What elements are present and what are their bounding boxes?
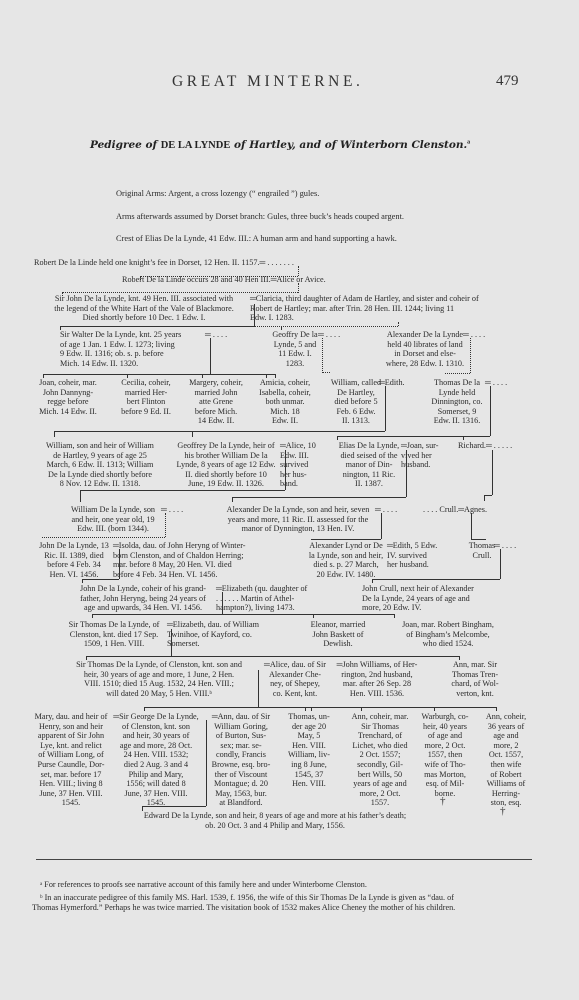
person-margery-coheir: Margery, coheir, married John atte Grene… (182, 378, 250, 426)
descent-line (322, 338, 323, 371)
descent-line (206, 720, 207, 806)
descent-line (484, 495, 485, 501)
footnote-divider (36, 859, 532, 860)
title-place2: Winterborn Clenston. (340, 139, 467, 151)
person-john-crull: John Crull, next heir of Alexander De la… (362, 584, 512, 613)
person-ann-goring: ═Ann, dau. of Sir William Goring, of Bur… (200, 712, 282, 808)
person-elizabeth-twinihoe: ═Elizabeth, dau. of William Twinihoe, of… (167, 620, 285, 649)
person-sir-john-de-la-lynde: Sir John De la Lynde, knt. 49 Hen. III. … (30, 294, 258, 323)
person-elizabeth-martin: ═Elizabeth (qu. daughter of . . . . . . … (216, 584, 336, 613)
descent-line (398, 322, 399, 326)
cross-symbol-icon: † (500, 805, 506, 817)
descent-line (54, 431, 55, 437)
person-isolda: ═Isolda, dau. of John Heryng of Winter- … (113, 541, 283, 579)
person-william-de-la-lynde-1344: William De la Lynde, son and heir, one y… (60, 505, 166, 534)
descent-line (82, 579, 119, 580)
person-eleanor: Eleanor, married John Baskett of Dewlish… (300, 620, 376, 649)
spouse-unknown: ═ . . . . (375, 505, 397, 515)
person-alexander-lynd: Alexander Lynd or De la Lynde, son and h… (300, 541, 392, 579)
descent-line (490, 386, 491, 436)
person-ann-coheir-36: Ann, coheir, 36 years of age and more, 2… (478, 712, 534, 808)
spouse-unknown: ═ . . . . (463, 330, 485, 340)
descent-line (298, 283, 299, 293)
person-alexander-de-la-lynde: Alexander De la Lynde held 40 librates o… (378, 330, 472, 368)
person-edith: ═Edith. (379, 378, 405, 388)
person-geoffrey-de-la-lynde: Geoffrey De la Lynde, heir of his brothe… (170, 441, 282, 489)
person-sir-thomas-de-la-lynde-1509: Sir Thomas De la Lynde, of Clenston, knt… (56, 620, 172, 649)
person-geoffry-de-la-lynde: Geoffry De la Lynde, 5 and 11 Edw. I. 12… (266, 330, 324, 368)
descent-line (54, 431, 385, 432)
footnote-b: ᵇ In an inaccurate pedigree of this fami… (32, 893, 542, 913)
descent-line (86, 656, 459, 657)
footnote-a: ᵃ For references to proofs see narrative… (40, 880, 367, 890)
person-john-de-la-lynde-1389: John De la Lynde, 13 Ric. II. 1389, died… (30, 541, 118, 579)
person-amicia-isabella: Amicia, coheir, Isabella, coheir, both u… (254, 378, 316, 426)
person-sir-walter-de-la-lynde: Sir Walter De la Lynde, knt. 25 years of… (60, 330, 210, 368)
descent-line (258, 670, 259, 708)
descent-line (385, 386, 386, 431)
title-prefix: Pedigree of (90, 139, 161, 151)
descent-line (381, 513, 382, 539)
person-thomas-de-la-lynde-dinnington: Thomas De la Lynde held Dinnington, co. … (426, 378, 488, 426)
descent-line (361, 707, 362, 711)
descent-line (192, 431, 193, 437)
descent-line (232, 497, 233, 502)
descent-line (92, 614, 93, 618)
descent-line (60, 326, 255, 327)
spouse-unknown: ═ . . . . (205, 330, 227, 340)
descent-line (171, 629, 172, 657)
person-mary-lye: Mary, dau. and heir of Henry, son and he… (30, 712, 112, 808)
descent-line (311, 539, 381, 540)
person-elias-de-la-lynde: Elias De la Lynde, died seised of the ma… (330, 441, 408, 489)
person-john-williams: ═John Williams, of Her- rington, 2nd hus… (326, 660, 428, 698)
descent-line (471, 513, 472, 539)
descent-line (165, 513, 166, 537)
person-robert-de-la-linde-hen-iii: Robert De la Linde occurs 28 and 40 Hen … (122, 275, 326, 285)
person-ann-trenchard-wolverton: Ann, mar. Sir Thomas Tren- chard, of Wol… (440, 660, 510, 698)
title-mid2: , and of (292, 139, 340, 151)
person-william-de-hartley: William, called De Hartley, died before … (326, 378, 386, 426)
descent-line (222, 592, 223, 614)
person-claricia: ═Claricia, third daughter of Adam de Har… (250, 294, 540, 323)
person-sir-george-de-la-lynde: ═Sir George De la Lynde, of Clenston, kn… (108, 712, 204, 808)
descent-line (463, 436, 464, 440)
descent-line (232, 497, 406, 498)
person-robert-de-la-linde-1157: Robert De la Linde held one knight’s fee… (34, 258, 294, 268)
person-edward-de-la-lynde: Edward De la Lynde, son and heir, 8 year… (100, 811, 450, 830)
crest: Crest of Elias De la Lynde, 41 Edw. III.… (116, 234, 397, 243)
descent-line (305, 707, 306, 711)
descent-line (255, 326, 398, 327)
dorset-arms: Arms afterwards assumed by Dorset branch… (116, 212, 404, 221)
spouse-unknown: ═ . . . . (485, 378, 507, 388)
page-number: 479 (496, 73, 519, 90)
person-john-de-la-lynde-coheir: John De la Lynde, coheir of his grand- f… (66, 584, 220, 613)
descent-line (434, 707, 435, 711)
descent-line (202, 374, 276, 375)
descent-line (210, 338, 211, 375)
person-crull-agnes: . . . . Crull.═Agnes. (423, 505, 487, 515)
descent-line (322, 372, 330, 373)
descent-line (406, 450, 407, 497)
descent-line (337, 436, 338, 440)
descent-line (484, 495, 492, 496)
descent-line (496, 707, 497, 711)
person-richard: Richard.═ . . . . . (458, 441, 512, 451)
descent-line (80, 490, 285, 491)
person-joan-coheir: Joan, coheir, mar. John Dannyng- regge b… (30, 378, 106, 416)
person-alice-cheney: ═Alice, dau. of Sir Alexander Che- ney, … (256, 660, 334, 698)
descent-line (144, 707, 496, 708)
descent-line (470, 338, 471, 373)
descent-line (471, 539, 486, 540)
pedigree-title: Pedigree of DE LA LYNDE of Hartley, and … (90, 139, 470, 151)
descent-line (313, 614, 314, 618)
title-mid1: of (230, 139, 249, 151)
descent-line (62, 292, 298, 293)
person-joan-survived: ═Joan, sur- vived her husband. (401, 441, 451, 470)
descent-line (92, 614, 394, 615)
person-joan-bingham: Joan, mar. Robert Bingham, of Bingham’s … (392, 620, 504, 649)
descent-line (311, 707, 312, 711)
title-family-name: DE LA LYNDE (161, 140, 231, 151)
descent-line (142, 806, 206, 807)
descent-line (80, 490, 81, 502)
original-arms: Original Arms: Argent, a cross lozengy (… (116, 189, 319, 198)
person-thomas-william: Thomas, un- der age 20 May, 5 Hen. VIII.… (284, 712, 334, 789)
person-warburgh: Warburgh, co- heir, 40 years of age and … (416, 712, 474, 798)
title-place1: Hartley (249, 139, 292, 151)
descent-line (445, 373, 470, 374)
cross-symbol-icon: † (440, 795, 446, 807)
person-alexander-de-la-lynde-seven: Alexander De la Lynde, son and heir, sev… (214, 505, 382, 534)
descent-line (372, 579, 500, 580)
descent-line (492, 450, 493, 495)
person-ann-coheir-lichet: Ann, coheir, mar. Sir Thomas Trenchard, … (344, 712, 416, 808)
descent-line (42, 537, 165, 538)
spouse-unknown: ═ . . . . (494, 541, 516, 551)
descent-line (82, 579, 83, 583)
descent-line (394, 614, 395, 618)
descent-line (285, 450, 286, 490)
descent-line (500, 549, 501, 579)
person-cecilia-coheir: Cecilia, coheir, married Her- bert Flint… (112, 378, 180, 416)
descent-line (372, 579, 373, 583)
person-alice: ═Alice, 10 Edw. III. survived her hus- b… (280, 441, 330, 489)
running-title: GREAT MINTERNE. (172, 73, 364, 91)
descent-line (119, 549, 120, 579)
title-footnote-marker: a (467, 140, 470, 146)
descent-line (254, 304, 255, 326)
descent-line (144, 707, 145, 711)
person-sir-thomas-de-la-lynde-clenston: Sir Thomas De la Lynde, of Clenston, knt… (56, 660, 262, 698)
person-william-son-of-william: William, son and heir of William de Hart… (34, 441, 166, 489)
descent-line (337, 436, 490, 437)
person-edith-5-edw: ═Edith, 5 Edw. IV. survived her husband. (387, 541, 449, 570)
